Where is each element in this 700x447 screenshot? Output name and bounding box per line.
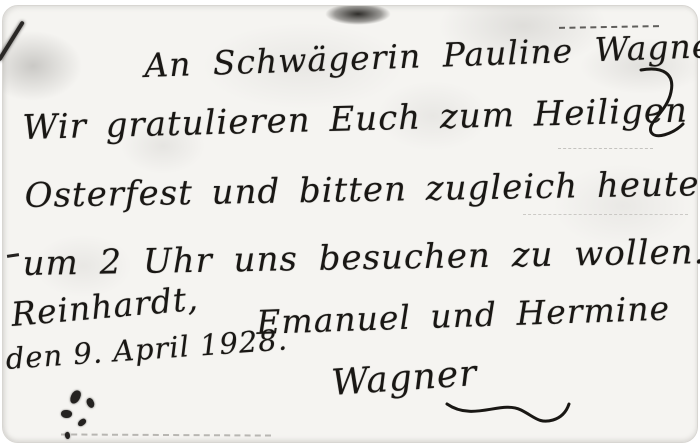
bottom-edge-line	[61, 433, 271, 436]
ink-smudge	[69, 389, 83, 405]
salutation-flourish	[633, 64, 693, 144]
body-line-1: Wir gratulieren Euch zum Heiligen	[22, 91, 688, 148]
faint-scan-line	[558, 148, 653, 149]
place-line: Reinhardt,	[10, 279, 200, 334]
postcard-scan: An Schwägerin Pauline Wagner Wir gratuli…	[2, 5, 698, 443]
ink-smudge	[77, 417, 88, 428]
signature-flourish	[443, 394, 573, 430]
body-line-2: Osterfest und bitten zugleich heute	[24, 164, 700, 216]
signature-names-line: Emanuel und Hermine	[256, 289, 671, 342]
body-line-3: um 2 Uhr uns besuchen zu wollen.	[22, 232, 700, 284]
salutation-line: An Schwägerin Pauline Wagner	[144, 26, 700, 85]
faint-scan-line	[523, 214, 688, 215]
ink-smudge	[85, 397, 96, 409]
margin-ink-mark	[7, 253, 19, 258]
corner-crease-mark	[0, 20, 25, 61]
ink-smudge	[60, 409, 72, 419]
